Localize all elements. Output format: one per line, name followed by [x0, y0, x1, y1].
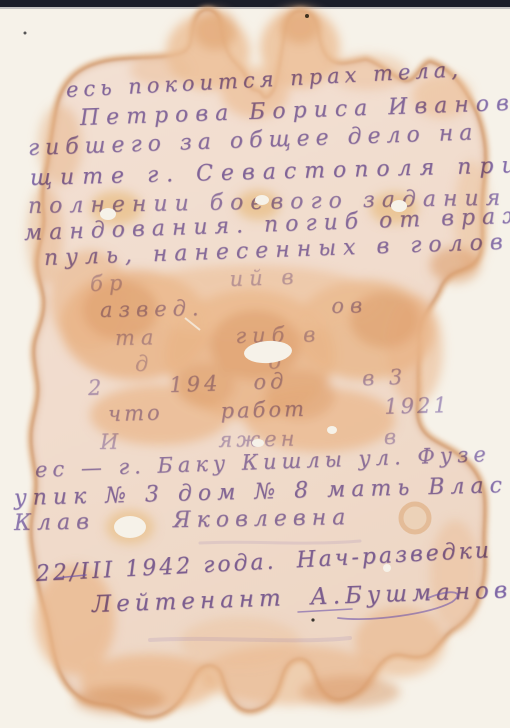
handwriting-line-10: та гиб в — [115, 322, 322, 350]
handwriting-line-8: бр ий в — [90, 265, 300, 296]
handwriting-line-13: что работ 1921 — [108, 393, 450, 426]
handwriting-line-4: щите г. Севастополя при — [30, 153, 510, 191]
handwriting-layer: есь покоится прах тела,Петрова Бориса Ив… — [0, 0, 510, 728]
handwriting-line-17: Клав Яковлевна — [14, 505, 352, 536]
scanned-document-photo: есь покоится прах тела,Петрова Бориса Ив… — [0, 0, 510, 728]
handwriting-line-9: азвед. ов — [100, 293, 369, 322]
handwriting-line-19: Лейтенант А.Бушманов — [92, 577, 510, 618]
